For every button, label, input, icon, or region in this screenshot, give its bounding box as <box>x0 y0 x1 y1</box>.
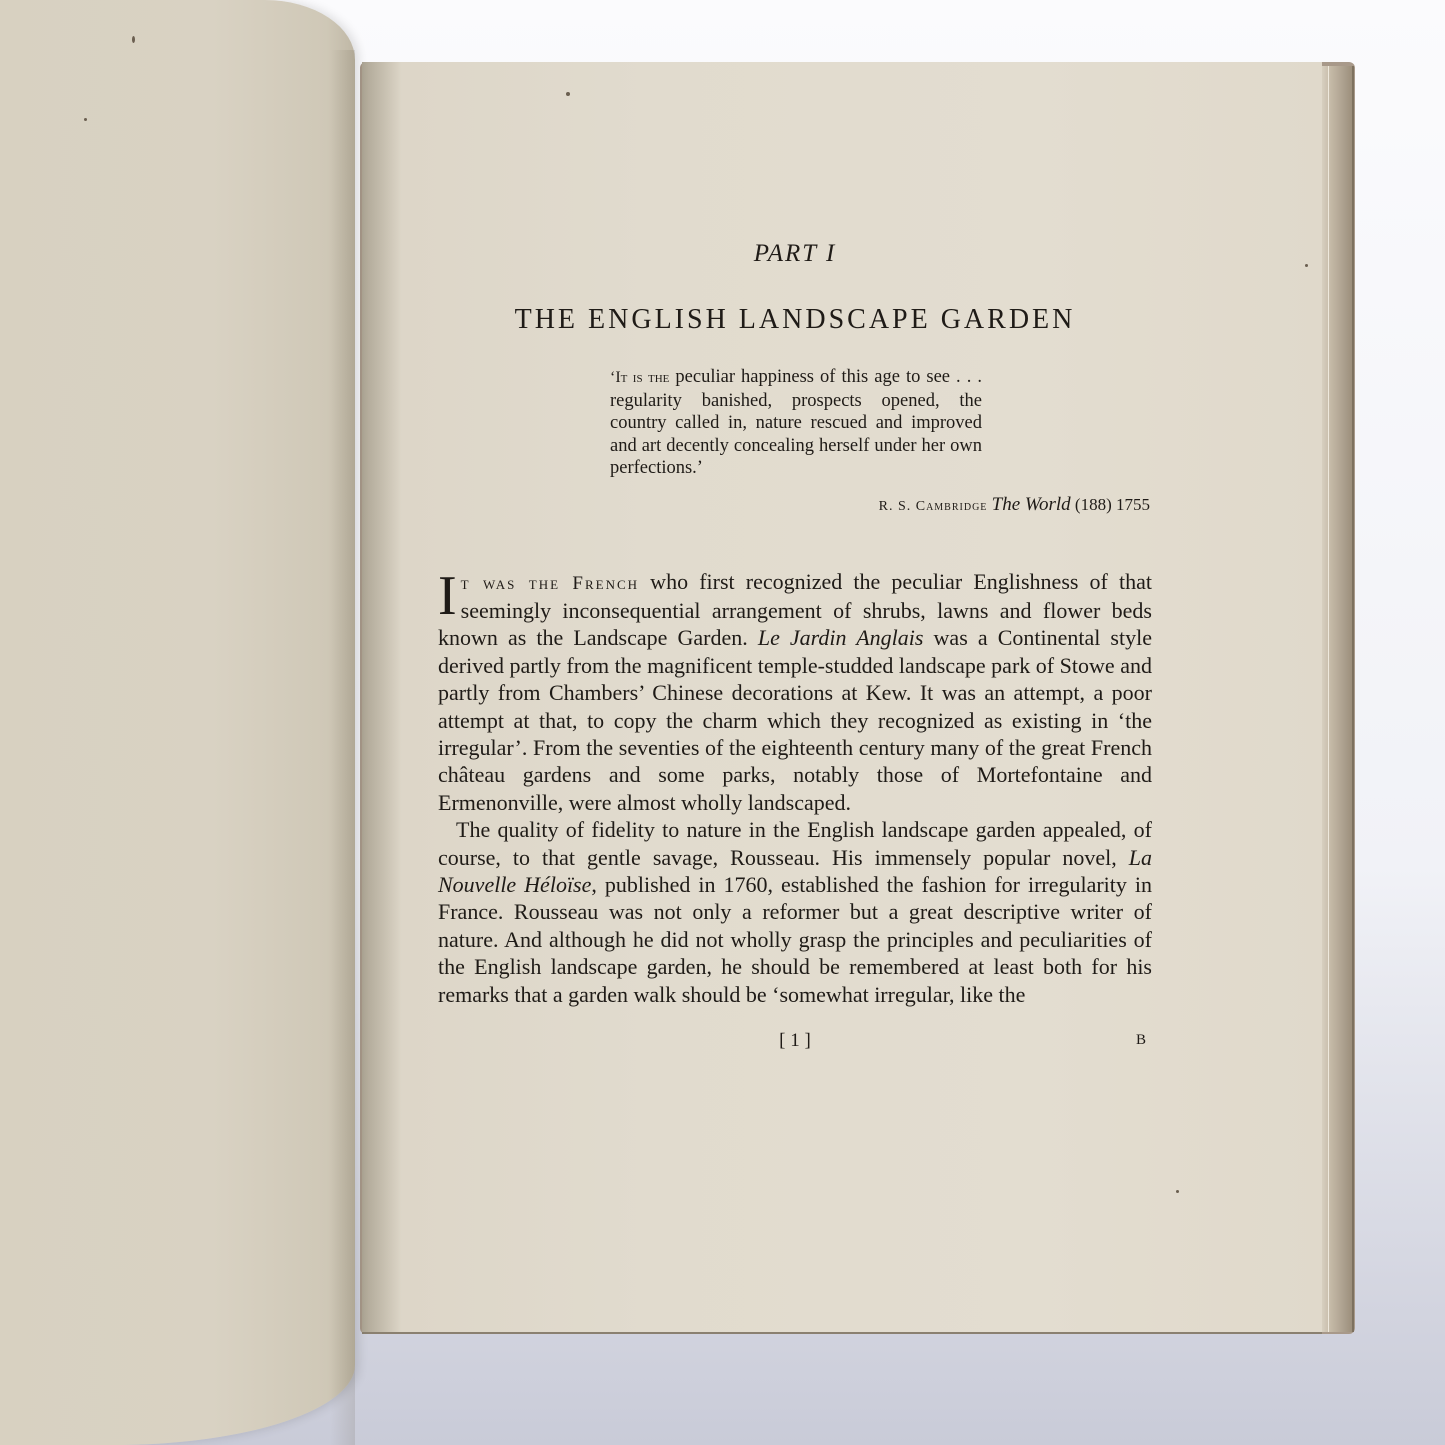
paper-speck <box>132 36 135 43</box>
epigraph-lead: ‘It is the <box>610 369 669 386</box>
page-footer: [ 1 ] B <box>438 1030 1152 1054</box>
paragraph-2-text-a: The quality of fidelity to nature in the… <box>438 817 1152 869</box>
page-number: [ 1 ] <box>438 1030 1152 1052</box>
paragraph-1: It was the French who first recognized t… <box>438 568 1152 817</box>
paper-speck <box>1305 264 1308 267</box>
open-book-photo: PART I THE ENGLISH LANDSCAPE GARDEN ‘It … <box>0 0 1445 1445</box>
epigraph-quote: ‘It is the peculiar happiness of this ag… <box>610 366 982 480</box>
signature-mark: B <box>1136 1032 1146 1049</box>
page-edges <box>1322 66 1354 1332</box>
epigraph-attribution: R. S. Cambridge The World (188) 1755 <box>438 494 1152 516</box>
part-title: PART I <box>438 240 1152 268</box>
attribution-reference: (188) 1755 <box>1075 495 1150 514</box>
page-content: PART I THE ENGLISH LANDSCAPE GARDEN ‘It … <box>438 230 1152 1054</box>
italic-le-jardin-anglais: Le Jardin Anglais <box>758 625 924 650</box>
attribution-author: R. S. Cambridge <box>879 499 988 514</box>
attribution-work: The World <box>992 494 1071 515</box>
drop-cap: I <box>438 572 457 618</box>
paper-speck <box>1176 1190 1179 1193</box>
chapter-title: THE ENGLISH LANDSCAPE GARDEN <box>438 304 1152 336</box>
body-text: It was the French who first recognized t… <box>438 568 1152 1009</box>
paragraph-1-text-b: was a Continental style derived partly f… <box>438 625 1152 814</box>
paper-speck <box>84 118 87 121</box>
lead-small-caps: t was the French <box>461 573 639 594</box>
paper-speck <box>566 92 570 96</box>
left-page-blank <box>0 0 355 1445</box>
paragraph-2: The quality of fidelity to nature in the… <box>438 816 1152 1008</box>
